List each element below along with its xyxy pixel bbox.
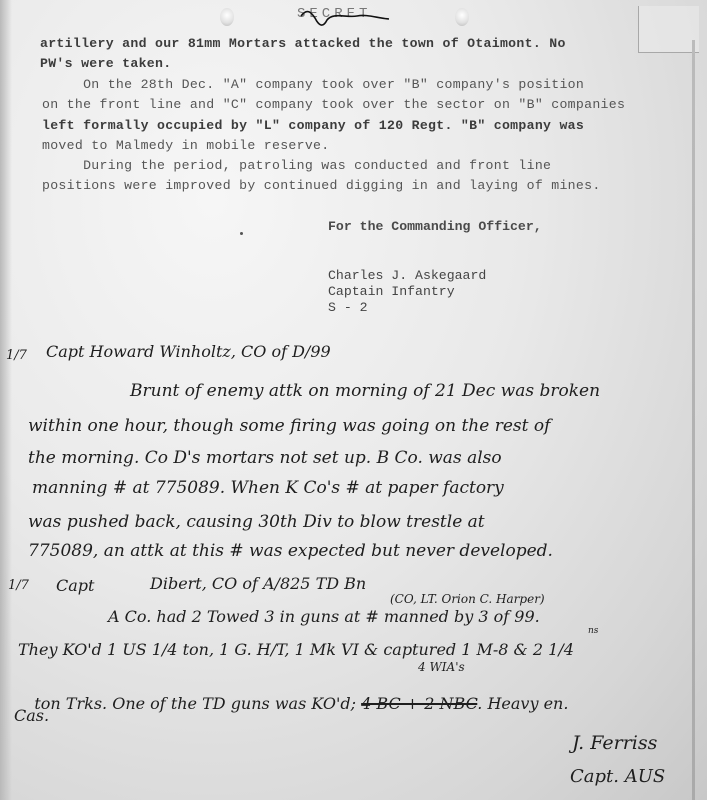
entry2-date: 1/7 (8, 578, 29, 593)
entry1-line-4: manning # at 775089. When K Co's # at pa… (32, 478, 504, 498)
entry2-insert-wia: 4 WIA's (418, 660, 465, 674)
entry1-line-3: the morning. Co D's mortars not set up. … (28, 448, 502, 468)
entry2-struck-text: 4 BC + 2 NBC (361, 694, 477, 713)
entry2-superscript: ns (588, 626, 598, 636)
typed-line-1: artillery and our 81mm Mortars attacked … (40, 34, 566, 55)
handwritten-signature-name: J. Ferriss (572, 732, 657, 754)
entry2-line-4: Cas. (14, 706, 49, 725)
entry1-line-6: 775089, an attk at this # was expected b… (28, 541, 553, 561)
typed-line-6: moved to Malmedy in mobile reserve. (42, 136, 329, 157)
typed-line-7: During the period, patroling was conduct… (42, 156, 551, 177)
typed-line-3: On the 28th Dec. "A" company took over "… (42, 75, 584, 96)
typed-line-2: PW's were taken. (40, 54, 171, 75)
ink-dot (240, 232, 243, 235)
closing-line: For the Commanding Officer, (328, 219, 542, 234)
folded-corner (638, 6, 699, 53)
typed-line-4: on the front line and "C" company took o… (42, 95, 625, 116)
entry2-after-strike: . Heavy en. (477, 694, 568, 713)
page-right-edge (692, 40, 695, 800)
entry2-line-1: A Co. had 2 Towed 3 in guns at # manned … (108, 607, 540, 626)
entry1-line-5: was pushed back, causing 30th Div to blo… (28, 512, 485, 532)
entry2-insert-note: (CO, LT. Orion C. Harper) (390, 592, 545, 606)
entry1-line-1: Brunt of enemy attk on morning of 21 Dec… (130, 381, 600, 401)
signatory-name: Charles J. Askegaard (328, 268, 486, 283)
typed-line-8: positions were improved by continued dig… (42, 176, 601, 197)
entry1-line-2: within one hour, though some firing was … (28, 416, 550, 436)
entry1-date: 1/7 (6, 348, 27, 363)
document-page: SECRET artillery and our 81mm Mortars at… (0, 0, 707, 800)
entry2-header-prefix: Capt (56, 576, 94, 595)
handwritten-signature-title: Capt. AUS (570, 766, 665, 787)
page-edge-shadow (0, 0, 12, 800)
signatory-title: Captain Infantry (328, 284, 455, 299)
punch-hole-left (220, 8, 234, 26)
classification-scribble (297, 4, 392, 30)
typed-line-5: left formally occupied by "L" company of… (42, 116, 584, 137)
entry1-header: Capt Howard Winholtz, CO of D/99 (46, 342, 331, 361)
entry2-line-2: They KO'd 1 US 1/4 ton, 1 G. H/T, 1 Mk V… (18, 640, 574, 659)
entry2-line-3-text: ton Trks. One of the TD guns was KO'd; (34, 694, 361, 713)
entry2-line-3: ton Trks. One of the TD guns was KO'd; 4… (14, 675, 568, 732)
punch-hole-right (455, 8, 469, 26)
signatory-section: S - 2 (328, 300, 368, 315)
entry2-header: Dibert, CO of A/825 TD Bn (150, 574, 366, 593)
